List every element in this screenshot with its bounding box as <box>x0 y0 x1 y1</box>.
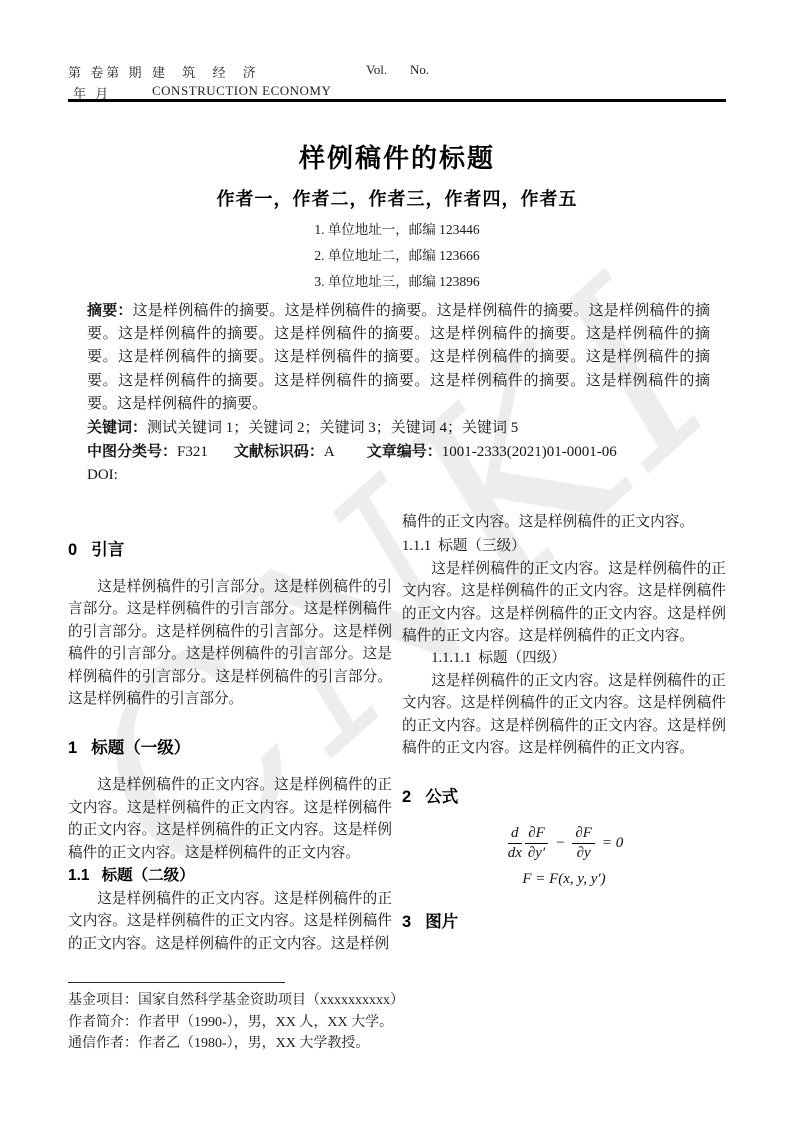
denominator: ∂y′ <box>525 844 548 862</box>
fraction-dF-dyprime: ∂F∂y′ <box>525 825 548 862</box>
formula-block: ddx ∂F∂y′ − ∂F∂y = 0 F = F(x, y, y′) <box>402 825 726 888</box>
intro-paragraph: 这是样例稿件的引言部分。这是样例稿件的引言部分。这是样例稿件的引言部分。这是样例… <box>68 576 392 710</box>
footnote-block: 基金项目：国家自然科学基金资助项目（xxxxxxxxxx） 作者简介：作者甲（1… <box>68 982 548 1055</box>
left-column: 0引言 这是样例稿件的引言部分。这是样例稿件的引言部分。这是样例稿件的引言部分。… <box>68 511 392 955</box>
section-number: 1.1.1 <box>402 538 431 554</box>
front-matter: 摘要：这是样例稿件的摘要。这是样例稿件的摘要。这是样例稿件的摘要。这是样例稿件的… <box>87 299 710 488</box>
journal-name-cn: 建 筑 经 济 <box>152 62 263 81</box>
header-rule <box>68 99 726 102</box>
section-1-1-paragraph-cont: 稿件的正文内容。这是样例稿件的正文内容。 <box>402 511 726 533</box>
keywords-label: 关键词： <box>87 419 147 436</box>
section-heading-1-1-1: 1.1.1标题（三级） <box>402 535 726 557</box>
article-id-value: 1001-2333(2021)01-0001-06 <box>442 444 617 460</box>
numerator: ∂F <box>572 825 595 844</box>
paper-title: 样例稿件的标题 <box>0 138 794 175</box>
doi-line: DOI: <box>87 464 710 487</box>
equals-zero: = 0 <box>602 835 623 852</box>
fraction-dF-dy: ∂F∂y <box>572 825 595 862</box>
section-heading-3: 3图片 <box>402 910 726 934</box>
footnote-fund: 基金项目：国家自然科学基金资助项目（xxxxxxxxxx） <box>68 990 548 1012</box>
fraction-d-dx: ddx <box>505 825 525 862</box>
affiliation-line: 1. 单位地址一，邮编 123446 <box>0 217 794 243</box>
affiliation-line: 3. 单位地址三，邮编 123896 <box>0 269 794 295</box>
section-title: 公式 <box>425 788 458 806</box>
section-number: 3 <box>402 913 411 931</box>
right-column: 稿件的正文内容。这是样例稿件的正文内容。 1.1.1标题（三级） 这是样例稿件的… <box>402 511 726 955</box>
issue-info: 第 卷第 期 <box>68 62 145 81</box>
formula-line-2: F = F(x, y, y′) <box>402 871 726 888</box>
article-id-label: 文章编号： <box>367 443 442 460</box>
section-heading-1-1: 1.1标题（二级） <box>68 864 392 888</box>
section-heading-intro: 0引言 <box>68 538 392 562</box>
section-1-paragraph: 这是样例稿件的正文内容。这是样例稿件的正文内容。这是样例稿件的正文内容。这是样例… <box>68 774 392 864</box>
denominator: dx <box>505 844 525 862</box>
section-title: 标题（二级） <box>102 867 195 884</box>
footnote-author-bio: 作者简介：作者甲（1990-），男，XX 人，XX 大学。 <box>68 1012 548 1034</box>
keywords-text: 测试关键词 1；关键词 2；关键词 3；关键词 4；关键词 5 <box>147 420 518 436</box>
doc-code-label: 文献标识码： <box>234 443 324 460</box>
section-1-1-1-paragraph: 这是样例稿件的正文内容。这是样例稿件的正文内容。这是样例稿件的正文内容。这是样例… <box>402 558 726 648</box>
no-label: No. <box>410 62 429 78</box>
section-title: 引言 <box>91 541 124 559</box>
numerator: ∂F <box>525 825 548 844</box>
section-number: 2 <box>402 788 411 806</box>
section-heading-2: 2公式 <box>402 785 726 809</box>
section-1-1-paragraph-left: 这是样例稿件的正文内容。这是样例稿件的正文内容。这是样例稿件的正文内容。这是样例… <box>68 888 392 955</box>
footnote-divider <box>68 982 285 983</box>
section-number: 1 <box>68 739 77 757</box>
classification-line: 中图分类号：F321文献标识码：A文章编号：1001-2333(2021)01-… <box>87 440 710 464</box>
section-title: 标题（三级） <box>438 538 526 554</box>
minus-operator: − <box>555 835 565 852</box>
journal-name-en: CONSTRUCTION ECONOMY <box>152 83 331 99</box>
section-number: 1.1.1.1 <box>431 650 471 666</box>
section-title: 图片 <box>425 913 458 931</box>
section-title: 标题（一级） <box>91 739 190 757</box>
denominator: ∂y <box>574 844 594 862</box>
section-heading-1: 1标题（一级） <box>68 736 392 760</box>
clc-label: 中图分类号： <box>87 443 177 460</box>
abstract-label: 摘要： <box>87 302 133 319</box>
section-number: 0 <box>68 541 77 559</box>
body-columns: 0引言 这是样例稿件的引言部分。这是样例稿件的引言部分。这是样例稿件的引言部分。… <box>68 511 726 955</box>
doc-code-value: A <box>324 444 335 460</box>
author-list: 作者一，作者二，作者三，作者四，作者五 <box>0 185 794 211</box>
vol-label: Vol. <box>366 62 387 78</box>
section-title: 标题（四级） <box>478 650 566 666</box>
section-1-1-1-1-paragraph: 这是样例稿件的正文内容。这是样例稿件的正文内容。这是样例稿件的正文内容。这是样例… <box>402 670 726 760</box>
journal-header: 第 卷第 期 建 筑 经 济 Vol. No. 年 月 CONSTRUCTION… <box>68 60 726 98</box>
section-number: 1.1 <box>68 867 90 884</box>
clc-value: F321 <box>177 444 208 460</box>
keywords: 关键词：测试关键词 1；关键词 2；关键词 3；关键词 4；关键词 5 <box>87 416 710 440</box>
affiliation-line: 2. 单位地址二，邮编 123666 <box>0 243 794 269</box>
footnote-corresponding-author: 通信作者：作者乙（1980-），男，XX 大学教授。 <box>68 1033 548 1055</box>
abstract: 摘要：这是样例稿件的摘要。这是样例稿件的摘要。这是样例稿件的摘要。这是样例稿件的… <box>87 299 710 416</box>
euler-lagrange-equation: ddx ∂F∂y′ − ∂F∂y = 0 <box>402 825 726 862</box>
abstract-text: 这是样例稿件的摘要。这是样例稿件的摘要。这是样例稿件的摘要。这是样例稿件的摘要。… <box>87 303 710 412</box>
affiliation-list: 1. 单位地址一，邮编 123446 2. 单位地址二，邮编 123666 3.… <box>0 217 794 295</box>
numerator: d <box>508 825 522 844</box>
section-heading-1-1-1-1: 1.1.1.1标题（四级） <box>402 647 726 669</box>
